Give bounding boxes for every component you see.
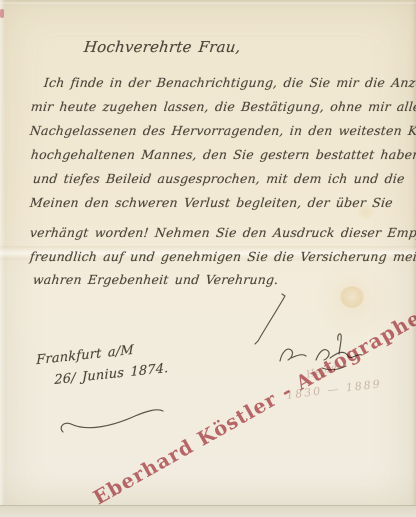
place-line: Frankfurt a/M: [36, 343, 133, 368]
salutation-line: Hochverehrte Frau,: [83, 38, 242, 56]
body-line: mir heute zugehen lassen, die Bestätigun…: [30, 99, 416, 114]
body-line: wahren Ergebenheit und Verehrung.: [32, 272, 279, 287]
closing-paraph: [61, 410, 163, 432]
stain-spot: [340, 286, 364, 308]
body-line: Nachgelassenen des Hervorragenden, in de…: [29, 123, 416, 138]
body-line: Ich finde in der Benachrichtigung, die S…: [43, 75, 416, 90]
date-line: 26/ Junius 1874.: [54, 361, 168, 388]
body-line: verhängt worden! Nehmen Sie den Ausdruck…: [29, 225, 416, 240]
paper-edge-top: [0, 0, 416, 4]
body-line: und tiefes Beileid ausgesprochen, mit de…: [32, 171, 405, 186]
paper-edge-bottom: [0, 505, 416, 517]
body-line: hochgehaltenen Mannes, den Sie gestern b…: [30, 147, 416, 162]
pen-stroke-slash: [255, 294, 285, 344]
signature-flourish: [280, 349, 306, 361]
body-line: Meinen den schweren Verlust begleiten, d…: [29, 195, 393, 210]
red-speck-mark: [0, 9, 4, 18]
letter-scan: Hochverehrte Frau, Ich finde in der Bena…: [0, 0, 416, 517]
body-line: freundlich auf und genehmigen Sie die Ve…: [29, 249, 416, 264]
